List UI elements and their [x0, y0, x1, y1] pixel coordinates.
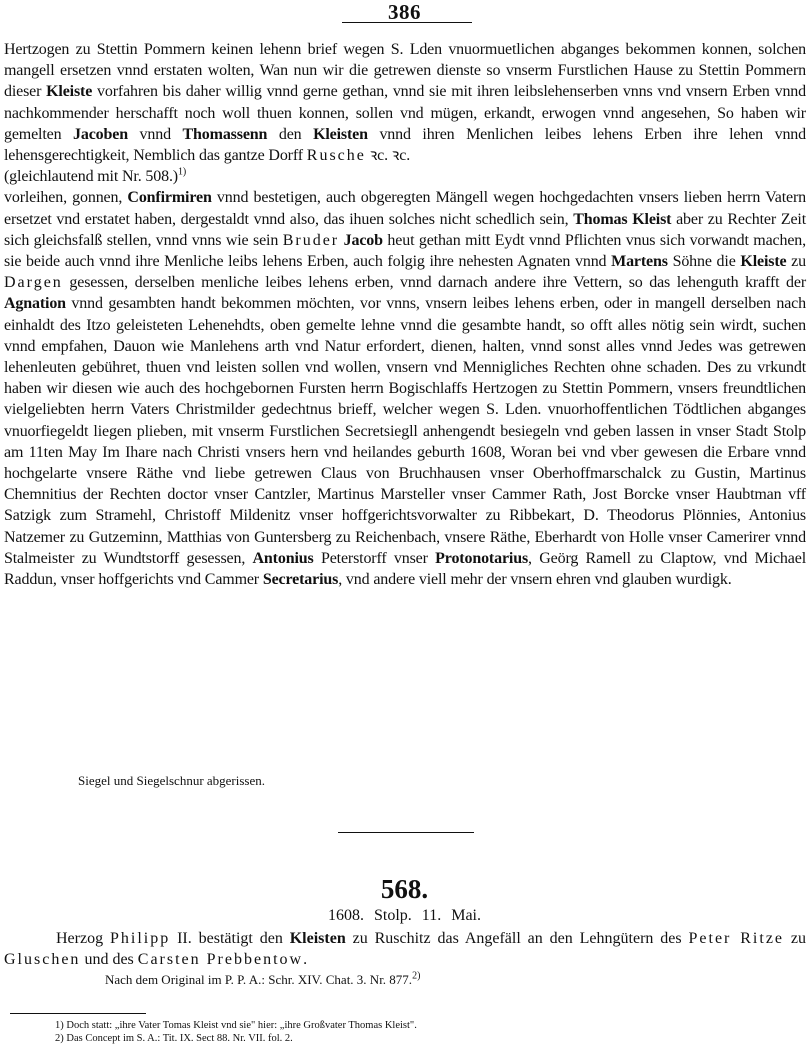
emphasized-name: Confirmiren: [127, 189, 211, 206]
text-run: den: [267, 126, 313, 143]
emphasized-name: Jacoben: [73, 126, 128, 143]
page-number: 386: [0, 0, 809, 24]
text-run: vnnd gesambten handt bekommen möchten, v…: [4, 295, 806, 566]
text-run: zu: [784, 930, 806, 947]
spaced-name: Peter Ritze: [689, 930, 785, 947]
seal-note: Siegel und Siegelschnur abgerissen.: [78, 773, 265, 789]
text-run: Herzog: [56, 930, 110, 947]
header-rule: [342, 22, 472, 23]
emphasized-name: Secretarius: [263, 571, 338, 588]
footnotes: 1) Doch statt: „ihre Vater Tomas Kleist …: [55, 1019, 755, 1045]
parallel-text-note-label: (gleichlautend mit Nr. 508.): [4, 168, 178, 185]
document-source: Nach dem Original im P. P. A.: Schr. XIV…: [105, 972, 420, 988]
spaced-name: Dargen: [4, 274, 63, 291]
emphasized-name: Antonius: [253, 550, 314, 567]
text-run: zu: [786, 253, 806, 270]
spaced-name: Gluschen: [4, 951, 80, 968]
emphasized-name: Kleisten: [290, 930, 346, 947]
footnote-2: 2) Das Concept im S. A.: Tit. IX. Sect 8…: [55, 1032, 755, 1045]
emphasized-name: Protonotarius: [435, 550, 528, 567]
spaced-name: Carsten Prebbentow: [138, 951, 303, 968]
emphasized-name: Kleisten: [313, 126, 368, 143]
emphasized-name: Kleiste: [46, 83, 92, 100]
footnote-rule: [10, 1013, 146, 1014]
text-run: .: [303, 951, 307, 968]
emphasized-name: Martens: [611, 253, 668, 270]
text-run: vnnd: [128, 126, 183, 143]
text-run: und des: [80, 951, 137, 968]
document-summary: Herzog Philipp II. bestätigt den Kleiste…: [4, 928, 806, 970]
emphasized-name: Thomassenn: [183, 126, 268, 143]
spaced-name: Philipp: [110, 930, 170, 947]
emphasized-name: Agnation: [4, 295, 66, 312]
charter-text: Hertzogen zu Stettin Pommern keinen lehe…: [4, 39, 806, 590]
document-number: 568.: [0, 873, 809, 905]
footnote-1: 1) Doch statt: „ihre Vater Tomas Kleist …: [55, 1019, 755, 1032]
emphasized-name: Thomas Kleist: [573, 211, 671, 228]
charter-paragraph-1: Hertzogen zu Stettin Pommern keinen lehe…: [4, 39, 806, 166]
text-run: ꝛc. ꝛc.: [366, 147, 410, 164]
emphasized-name: Kleiste: [740, 253, 786, 270]
source-text: Nach dem Original im P. P. A.: Schr. XIV…: [105, 972, 412, 987]
footnote-ref-1[interactable]: 1): [178, 167, 186, 178]
text-run: Söhne die: [668, 253, 741, 270]
text-run: vorleihen, gonnen,: [4, 189, 127, 206]
spaced-name: Bruder: [283, 232, 339, 249]
footnote-ref-2[interactable]: 2): [412, 971, 420, 982]
charter-paragraph-2: vorleihen, gonnen, Confirmiren vnnd best…: [4, 187, 806, 590]
spaced-name: Rusche: [307, 147, 366, 164]
parallel-text-note: (gleichlautend mit Nr. 508.)1): [4, 166, 806, 187]
text-run: zu Ruschitz das Angefäll an den Lehngüte…: [346, 930, 689, 947]
text-run: Peterstorff vnser: [314, 550, 436, 567]
text-run: , vnd andere viell mehr der vnsern ehren…: [338, 571, 731, 588]
document-date-line: 1608. Stolp. 11. Mai.: [0, 906, 809, 926]
text-run: gesessen, derselben menliche leibes lehe…: [63, 274, 806, 291]
section-divider: [338, 832, 474, 833]
text-run: II. bestätigt den: [170, 930, 290, 947]
emphasized-name: Jacob: [344, 232, 383, 249]
